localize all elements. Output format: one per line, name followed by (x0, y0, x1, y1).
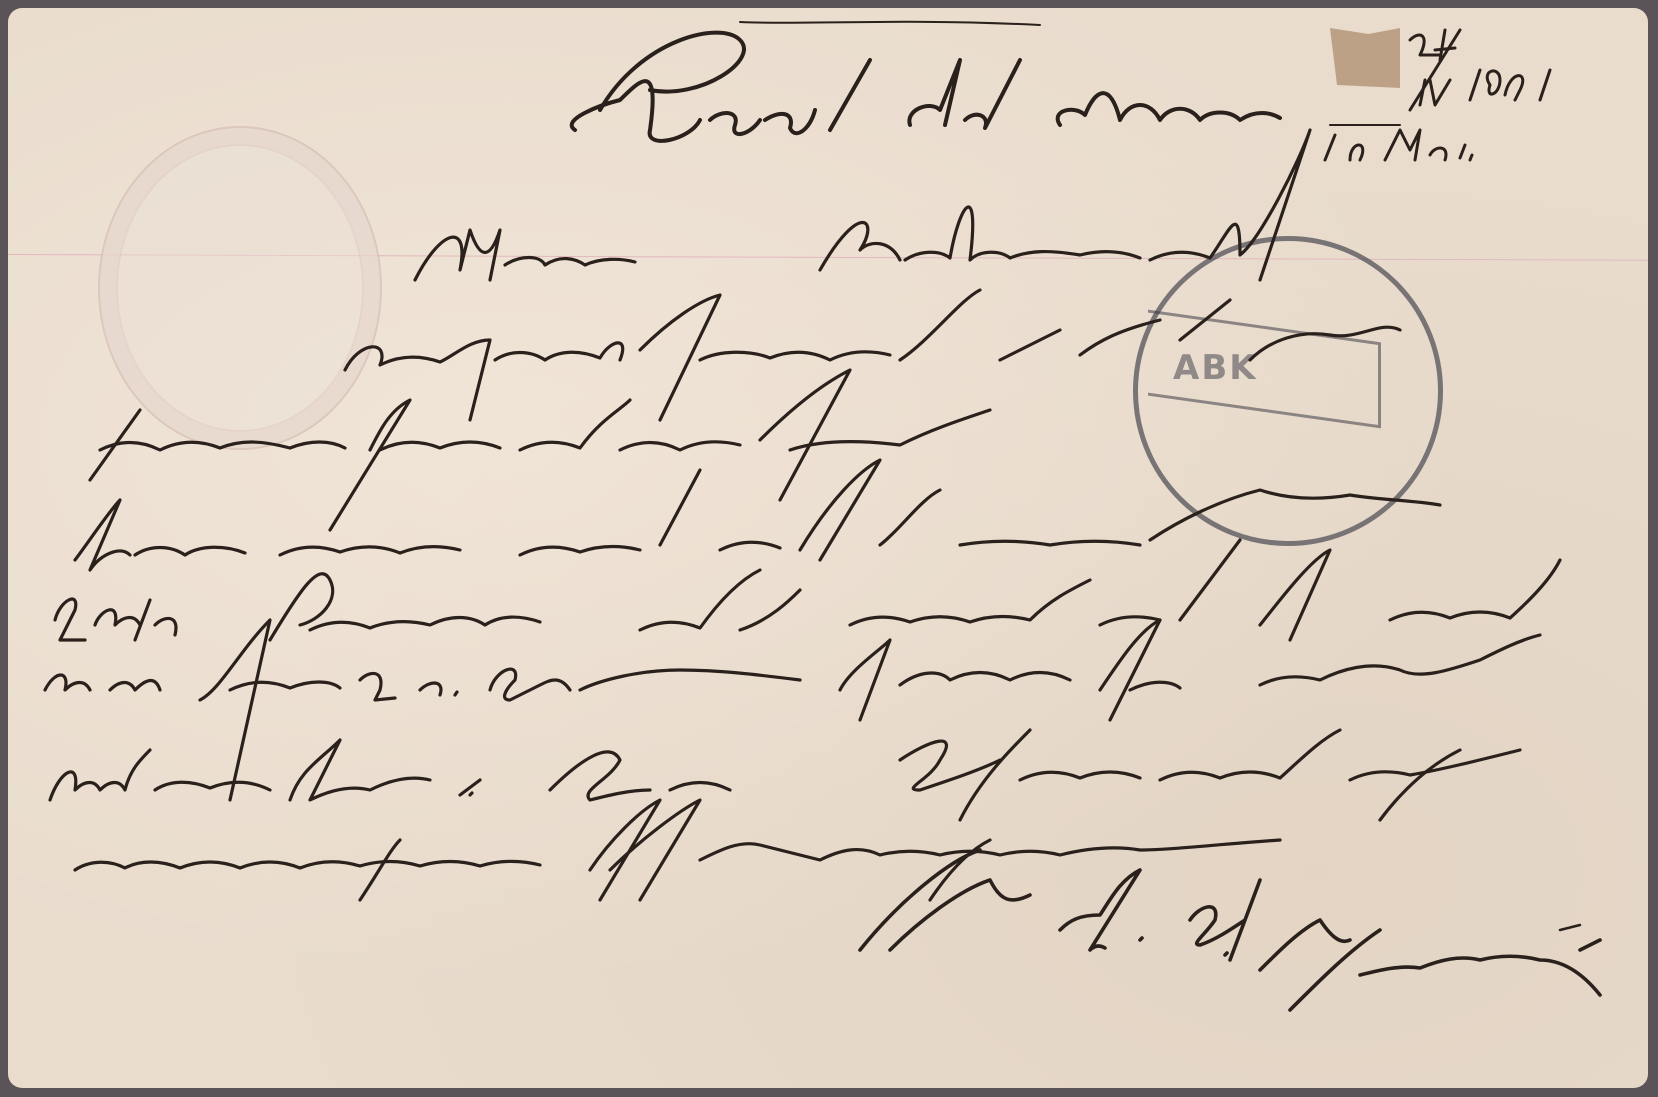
body-line-8-handwriting (75, 800, 1280, 900)
closing-line-handwriting (860, 850, 1260, 960)
body-line-4-handwriting (75, 460, 1440, 570)
body-line-2-handwriting (345, 290, 1400, 420)
signature-handwriting (1260, 920, 1600, 1010)
body-line-6-handwriting (45, 620, 1540, 800)
body-line-7-handwriting (50, 730, 1520, 820)
header-date-handwriting (1325, 30, 1550, 160)
handwriting-strokes (0, 0, 1658, 1097)
body-line-1-handwriting (415, 130, 1310, 280)
body-line-3-handwriting (90, 370, 990, 530)
header-place-handwriting (572, 22, 1400, 141)
